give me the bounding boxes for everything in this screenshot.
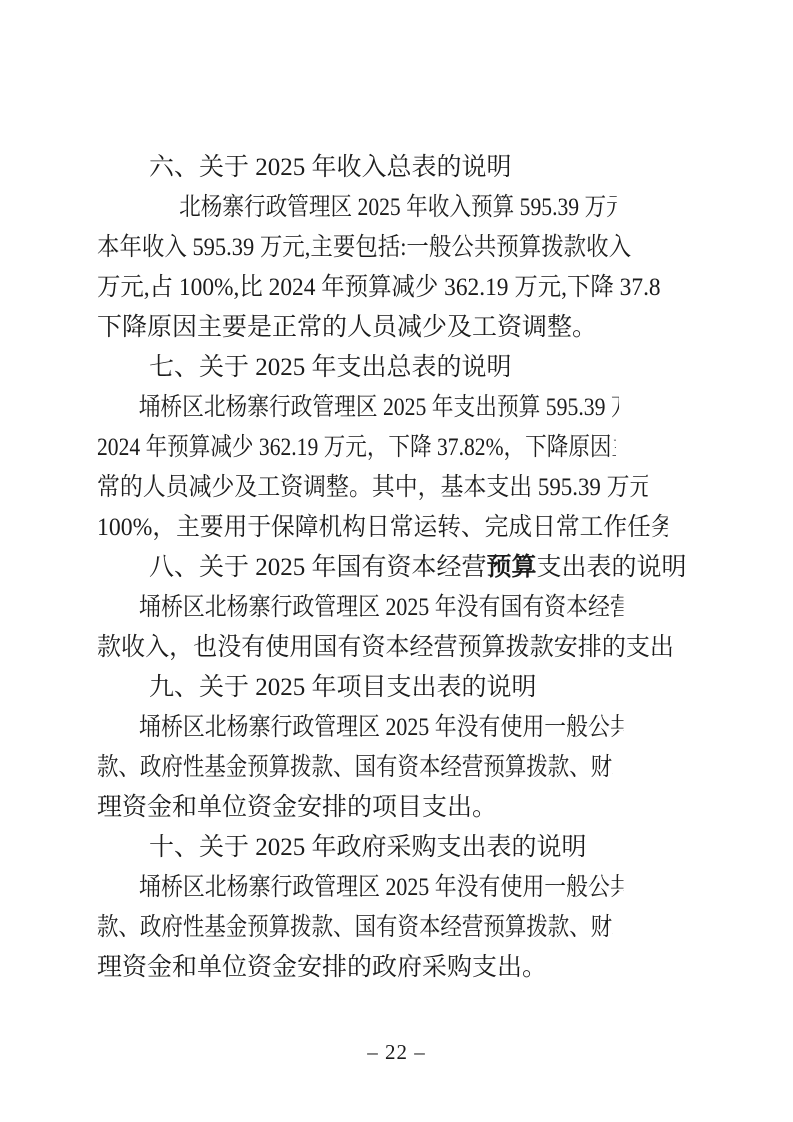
heading-text: 八、关于 2025 年国有资本经营 [149,554,487,581]
section-heading-expenditure: 七、关于 2025 年支出总表的说明 [97,348,698,388]
page-footer: – 22 – [0,1038,793,1066]
paragraph-line: 理资金和单位资金安排的项目支出。 [97,788,698,828]
paragraph-line: 本年收入 595.39 万元,主要包括:一般公共预算拨款收入 595.39 [97,228,637,268]
section-project-expenditure: 九、关于 2025 年项目支出表的说明 埇桥区北杨寨行政管理区 2025 年没有… [97,668,698,828]
heading-text: 支出表的说明 [537,554,687,581]
page-number: – 22 – [367,1040,426,1064]
paragraph-line: 款、政府性基金预算拨款、国有资本经营预算拨款、财政专户管 [97,748,613,788]
paragraph-line: 埇桥区北杨寨行政管理区 2025 年没有国有资本经营预算拨 [97,588,624,628]
heading-text-bold: 预算 [487,554,537,581]
section-expenditure-summary: 七、关于 2025 年支出总表的说明 埇桥区北杨寨行政管理区 2025 年支出预… [97,348,698,548]
paragraph-line: 埇桥区北杨寨行政管理区 2025 年没有使用一般公共预算拨 [97,708,624,748]
paragraph-line: 万元,占 100%,比 2024 年预算减少 362.19 万元,下降 37.8… [97,268,660,308]
section-state-capital-budget: 八、关于 2025 年国有资本经营预算支出表的说明 埇桥区北杨寨行政管理区 20… [97,548,698,668]
document-page: 六、关于 2025 年收入总表的说明 北杨寨行政管理区 2025 年收入预算 5… [0,0,793,1122]
paragraph-line: 理资金和单位资金安排的政府采购支出。 [97,948,698,988]
paragraph-line: 100%，主要用于保障机构日常运转、完成日常工作任务。 [97,508,668,548]
paragraph-line: 款、政府性基金预算拨款、国有资本经营预算拨款、财政专户管 [97,908,613,948]
paragraph-line: 埇桥区北杨寨行政管理区 2025 年没有使用一般公共预算拨 [97,868,624,908]
paragraph-line: 下降原因主要是正常的人员减少及工资调整。 [97,308,698,348]
section-heading-procurement: 十、关于 2025 年政府采购支出表的说明 [97,828,698,868]
paragraph-line: 2024 年预算减少 362.19 万元，下降 37.82%，下降原因主要是正 [97,428,616,468]
paragraph-line: 常的人员减少及工资调整。其中，基本支出 595.39 万元，占 [97,468,648,508]
section-income-summary: 六、关于 2025 年收入总表的说明 北杨寨行政管理区 2025 年收入预算 5… [97,148,698,348]
section-heading-state-capital: 八、关于 2025 年国有资本经营预算支出表的说明 [97,548,698,588]
section-heading-project: 九、关于 2025 年项目支出表的说明 [97,668,698,708]
section-government-procurement: 十、关于 2025 年政府采购支出表的说明 埇桥区北杨寨行政管理区 2025 年… [97,828,698,988]
paragraph-line: 埇桥区北杨寨行政管理区 2025 年支出预算 595.39 万元，比 [97,388,619,428]
section-heading-income: 六、关于 2025 年收入总表的说明 [97,148,698,188]
document-content: 六、关于 2025 年收入总表的说明 北杨寨行政管理区 2025 年收入预算 5… [97,148,698,988]
paragraph-line: 款收入，也没有使用国有资本经营预算拨款安排的支出。 [97,628,675,668]
paragraph-line: 北杨寨行政管理区 2025 年收入预算 595.39 万元,其中， [97,188,617,228]
